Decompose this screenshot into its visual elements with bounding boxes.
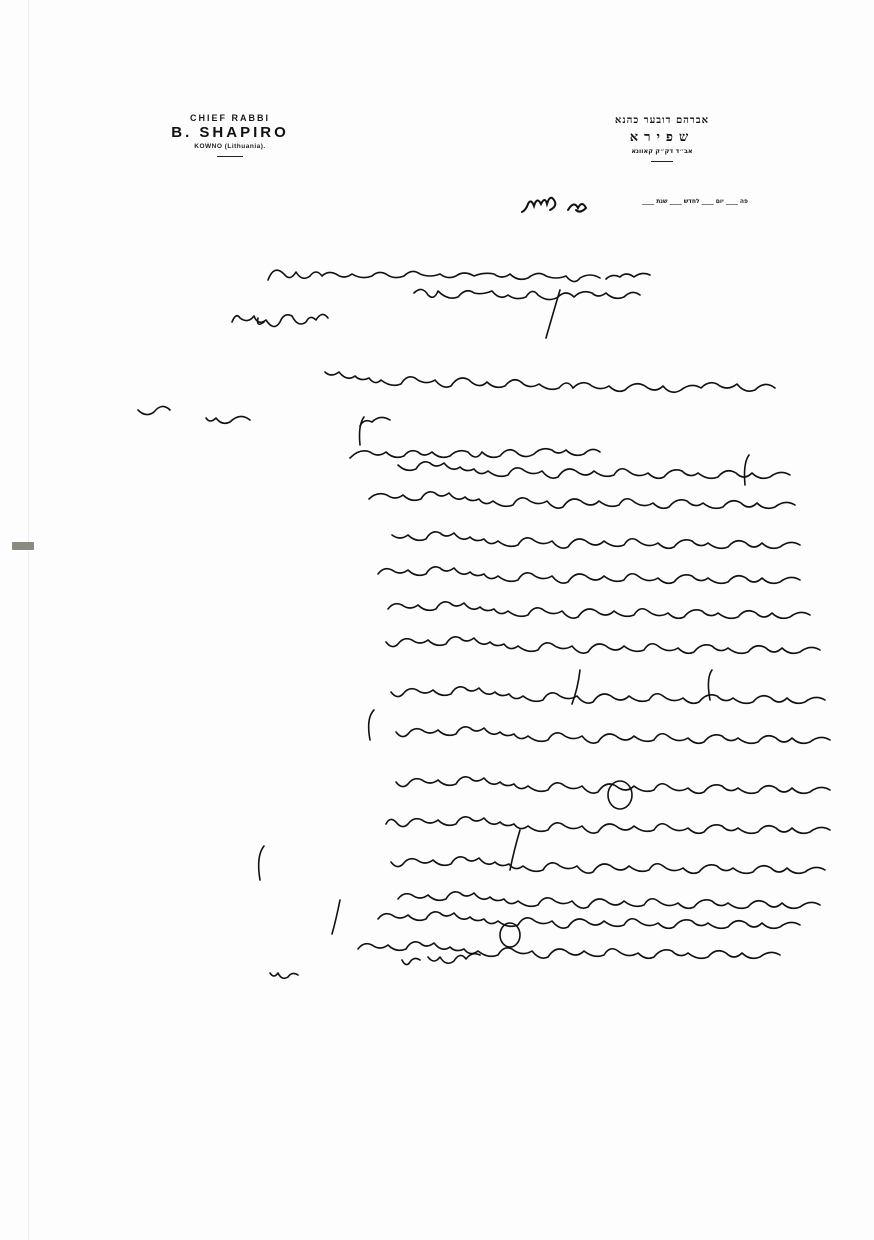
- letter-page: CHIEF RABBI B. SHAPIRO KOWNO (Lithuania)…: [0, 0, 874, 1240]
- handwritten-text: [0, 0, 874, 1240]
